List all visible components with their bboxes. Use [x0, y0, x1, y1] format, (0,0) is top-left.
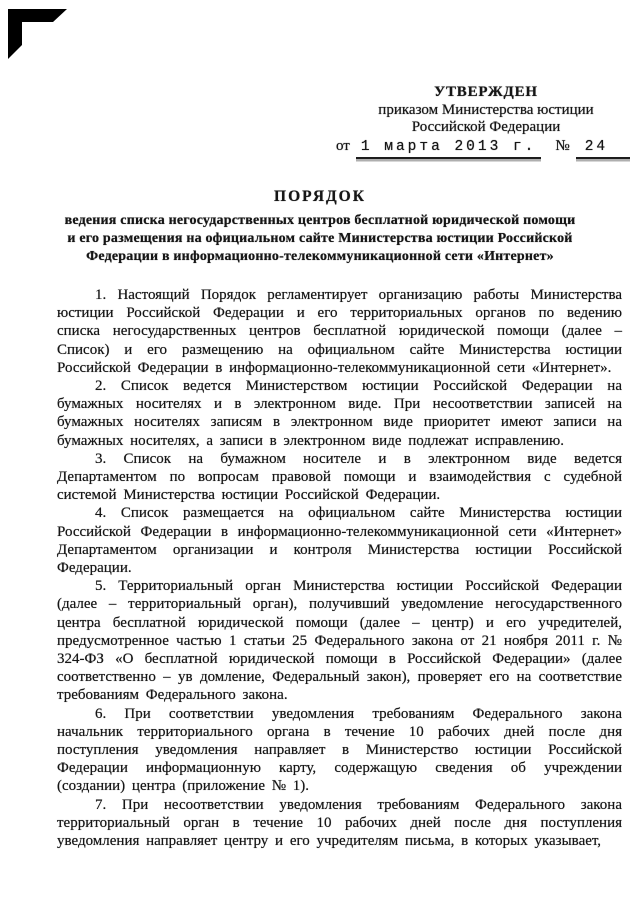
paragraph-1: 1. Настоящий Порядок регламентирует орга…: [57, 286, 622, 377]
paragraph-3: 3. Список на бумажном носителе и в элект…: [57, 450, 622, 505]
scan-corner-artifact-icon: [0, 0, 80, 70]
document-page: УТВЕРЖДЕН приказом Министерства юстиции …: [0, 0, 640, 905]
date-prefix: от: [336, 138, 350, 156]
date-value-blank: 1 марта 2013 г.: [356, 139, 542, 160]
paragraph-5: 5. Территориальный орган Министерства юс…: [57, 577, 622, 704]
approval-word: УТВЕРЖДЕН: [336, 84, 636, 102]
paragraph-7: 7. При несоответствии уведомления требов…: [57, 796, 622, 851]
document-title-caption: ПОРЯДОК: [0, 188, 640, 206]
document-title-line: ведения списка негосударственных центров…: [0, 212, 640, 230]
number-sign: №: [555, 138, 569, 156]
approval-date-row: от 1 марта 2013 г. № 24: [336, 138, 636, 160]
document-body: 1. Настоящий Порядок регламентирует орга…: [57, 286, 622, 850]
approval-org-line: Российской Федерации: [336, 119, 636, 137]
document-title-line: и его размещения на официальном сайте Ми…: [0, 230, 640, 248]
document-title-line: Федерации в информационно-телекоммуникац…: [0, 248, 640, 266]
paragraph-6: 6. При соответствии уведомления требован…: [57, 705, 622, 796]
approval-stamp-block: УТВЕРЖДЕН приказом Министерства юстиции …: [336, 84, 636, 159]
approval-order-line: приказом Министерства юстиции: [336, 102, 636, 120]
paragraph-2: 2. Список ведется Министерством юстиции …: [57, 377, 622, 450]
paragraph-4: 4. Список размещается на официальном сай…: [57, 504, 622, 577]
document-title-block: ПОРЯДОК ведения списка негосударственных…: [0, 188, 640, 266]
order-number-blank: 24: [576, 139, 630, 160]
